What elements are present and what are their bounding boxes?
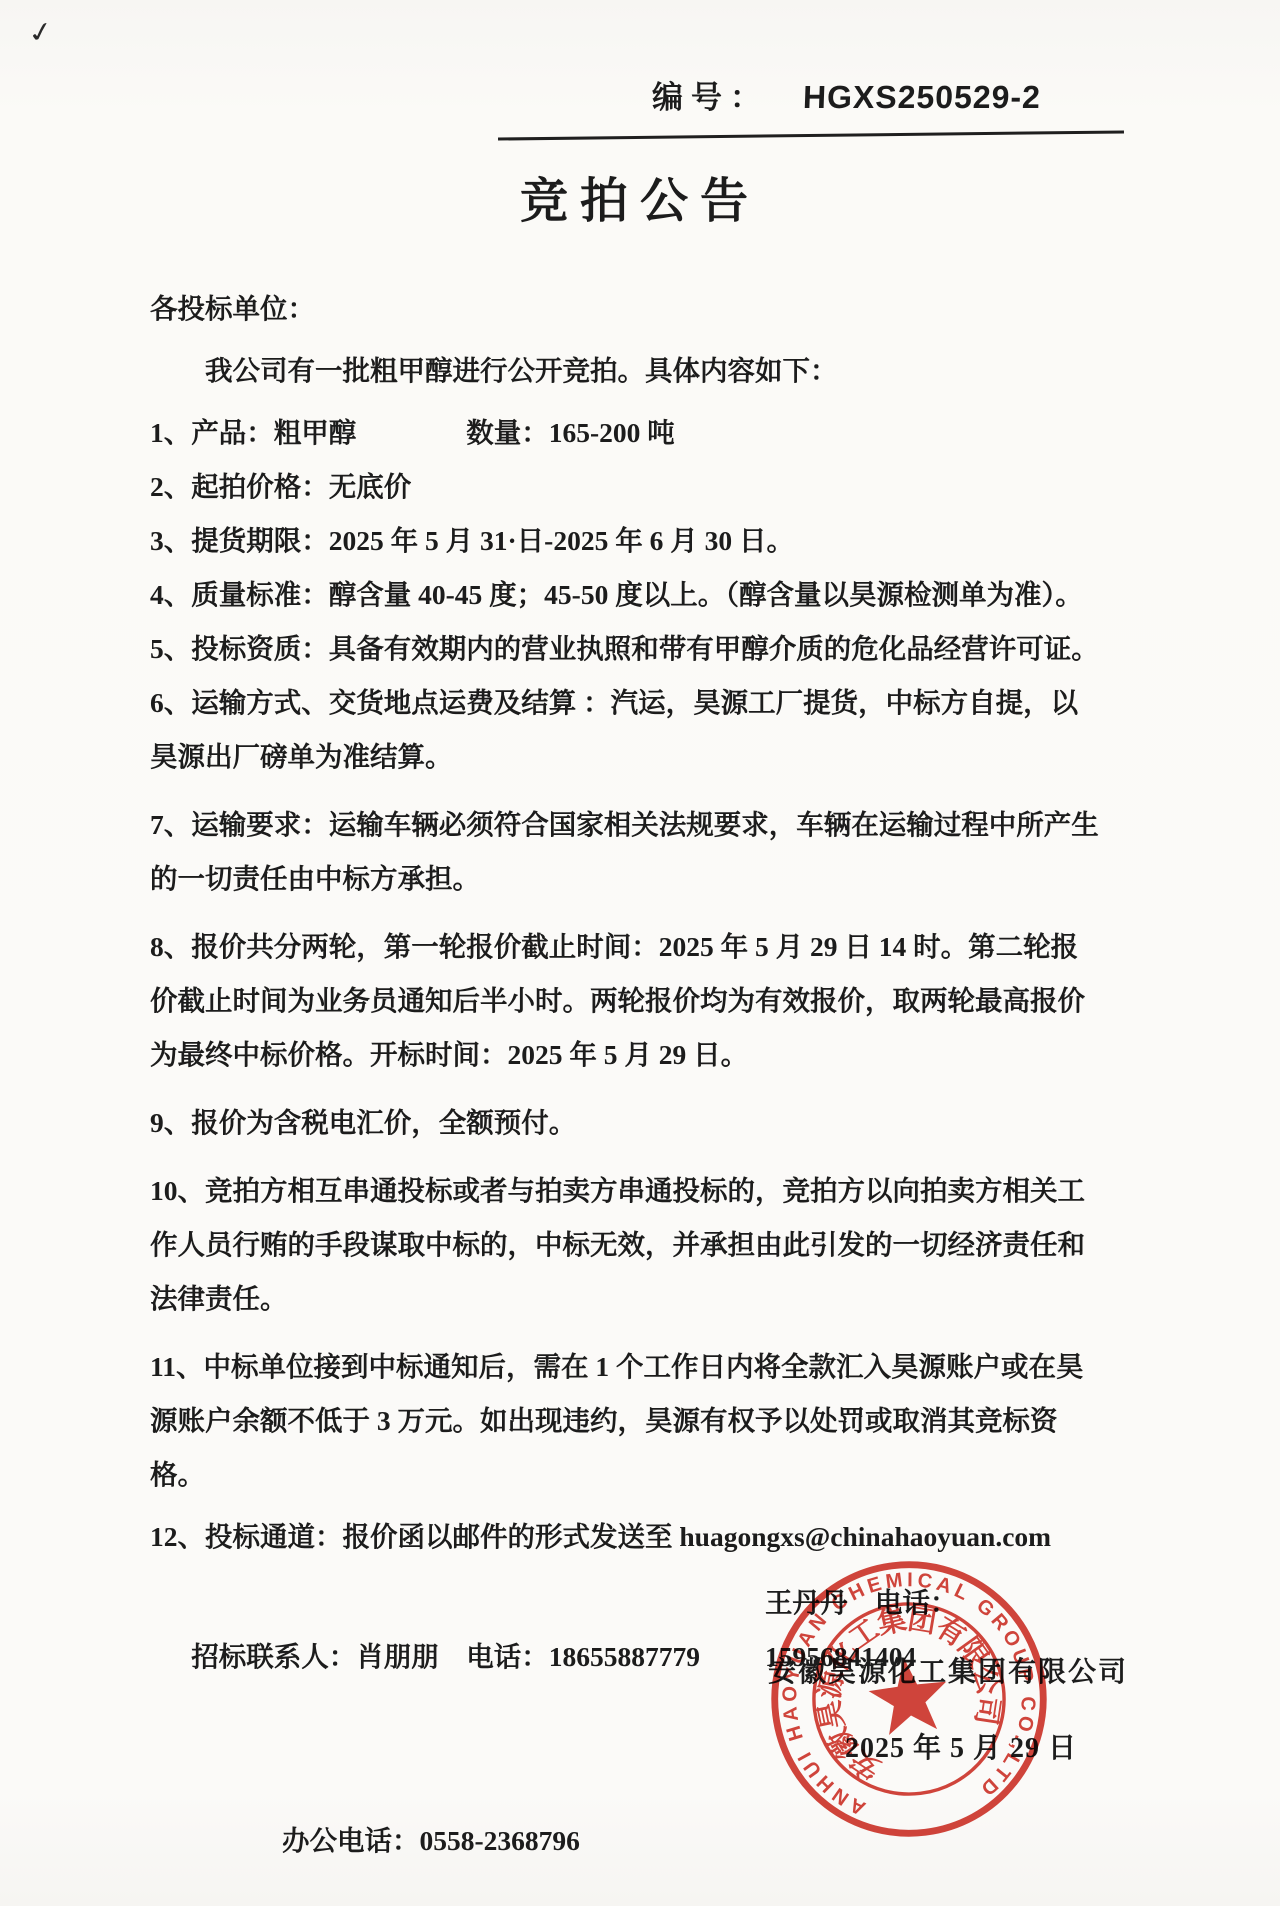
body-line-intro: 我公司有一批粗甲醇进行公开竞拍。具体内容如下： [150,344,1108,398]
body-line-item4: 4、质量标准：醇含量 40-45 度；45-50 度以上。（醇含量以昊源检测单为… [150,568,1108,622]
doc-reference-number: HGXS250529-2 [802,79,1041,116]
stamp-star-icon [865,1653,952,1736]
contact-primary: 招标联系人：肖朋朋 电话：18655887779 [191,1641,700,1672]
body-line-item11a: 11、中标单位接到中标通知后，需在 1 个工作日内将全款汇入昊源账户或在昊 [150,1340,1108,1394]
body-line-item3: 3、提货期限：2025 年 5 月 31·日-2025 年 6 月 30 日。 [150,514,1108,568]
body-line-item11b: 源账户余额不低于 3 万元。如出现违约，昊源有权予以处罚或取消其竞标资格。 [150,1394,1108,1502]
body-line-item7b: 的一切责任由中标方承担。 [150,852,1108,906]
body-line-item2: 2、起拍价格：无底价 [150,460,1108,514]
body-line-item6b: 昊源出厂磅单为准结算。 [150,730,1108,784]
company-seal-stamp: ANHUI HAOYUAN CHEMICAL GROUP CO.,LTD 安徽昊… [745,1535,1073,1863]
body-line-item10b: 作人员行贿的手段谋取中标的，中标无效，并承担由此引发的一切经济责任和 [150,1218,1108,1272]
body-line-item8a: 8、报价共分两轮，第一轮报价截止时间：2025 年 5 月 29 日 14 时。… [150,920,1108,974]
body-line-item7a: 7、运输要求：运输车辆必须符合国家相关法规要求，车辆在运输过程中所产生 [150,798,1108,852]
body-line-item9: 9、报价为含税电汇价，全额预付。 [150,1096,1108,1150]
body-line-item10c: 法律责任。 [150,1272,1108,1326]
doc-title: 竞拍公告 [0,162,1280,231]
doc-reference: 编号： HGXS250529-2 [652,72,1041,117]
scan-artifact-tick: ✓ [25,15,58,50]
reference-underline-rule [498,130,1124,140]
body-line-salutation: 各投标单位： [150,282,1108,336]
body-line-item1: 1、产品：粗甲醇 数量：165-200 吨 [150,406,1108,460]
scanned-document-page: ✓ 编号： HGXS250529-2 竞拍公告 各投标单位： 我公司有一批粗甲醇… [0,0,1280,1906]
body-line-item8b: 价截止时间为业务员通知后半小时。两轮报价均为有效报价，取两轮最高报价 [150,974,1108,1028]
body-line-item8c: 为最终中标价格。开标时间：2025 年 5 月 29 日。 [150,1028,1108,1082]
body-line-item5: 5、投标资质：具备有效期内的营业执照和带有甲醇介质的危化品经营许可证。 [150,622,1108,676]
doc-reference-label: 编号： [652,72,769,117]
body-line-item6a: 6、运输方式、交货地点运费及结算 ：汽运，昊源工厂提货，中标方自提，以 [150,676,1108,730]
body-line-item10a: 10、竞拍方相互串通投标或者与拍卖方串通投标的，竞拍方以向拍卖方相关工 [150,1164,1108,1218]
